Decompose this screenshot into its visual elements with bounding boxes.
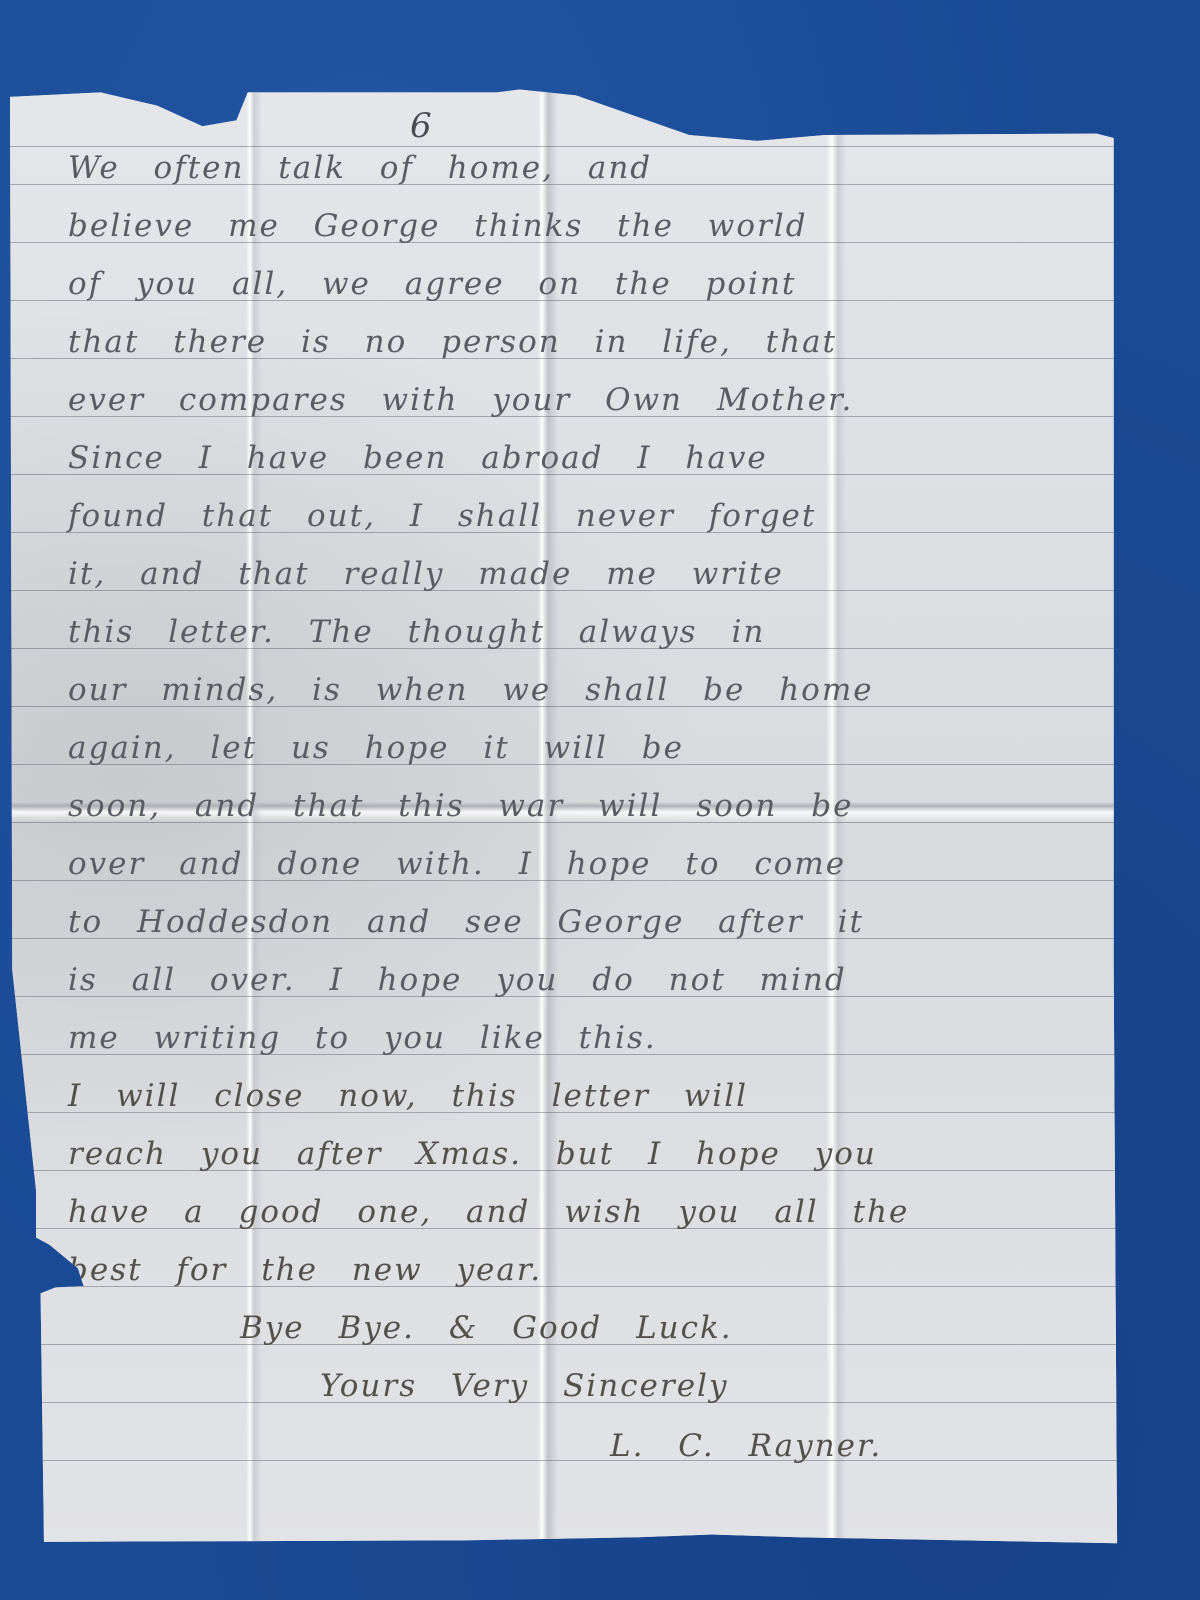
letter-line: to Hoddesdon and see George after it: [68, 904, 1112, 940]
letter-body: We often talk of home, and believe me Ge…: [10, 88, 1142, 1558]
letter-line: Since I have been abroad I have: [68, 440, 1112, 476]
letter-valediction: Yours Very Sincerely: [320, 1368, 1112, 1404]
letter-page: 6 We often talk of home, and believe me …: [10, 88, 1142, 1558]
letter-line: have a good one, and wish you all the: [68, 1194, 1112, 1230]
letter-line: over and done with. I hope to come: [68, 846, 1112, 882]
letter-line: is all over. I hope you do not mind: [68, 962, 1112, 998]
letter-line: best for the new year.: [68, 1252, 1112, 1288]
letter-line: reach you after Xmas. but I hope you: [68, 1136, 1112, 1172]
letter-line: ever compares with your Own Mother.: [68, 382, 1112, 418]
letter-line: believe me George thinks the world: [68, 208, 1112, 244]
letter-line: We often talk of home, and: [68, 150, 1112, 186]
letter-signature: L. C. Rayner.: [610, 1428, 1112, 1464]
letter-line: again, let us hope it will be: [68, 730, 1112, 766]
letter-line: of you all, we agree on the point: [68, 266, 1112, 302]
letter-closing: Bye Bye. & Good Luck.: [240, 1310, 1112, 1346]
letter-line: I will close now, this letter will: [68, 1078, 1112, 1114]
letter-line: me writing to you like this.: [68, 1020, 1112, 1056]
letter-line: it, and that really made me write: [68, 556, 1112, 592]
letter-line: soon, and that this war will soon be: [68, 788, 1112, 824]
letter-line: our minds, is when we shall be home: [68, 672, 1112, 708]
letter-line: this letter. The thought always in: [68, 614, 1112, 650]
letter-line: found that out, I shall never forget: [68, 498, 1112, 534]
letter-line: that there is no person in life, that: [68, 324, 1112, 360]
